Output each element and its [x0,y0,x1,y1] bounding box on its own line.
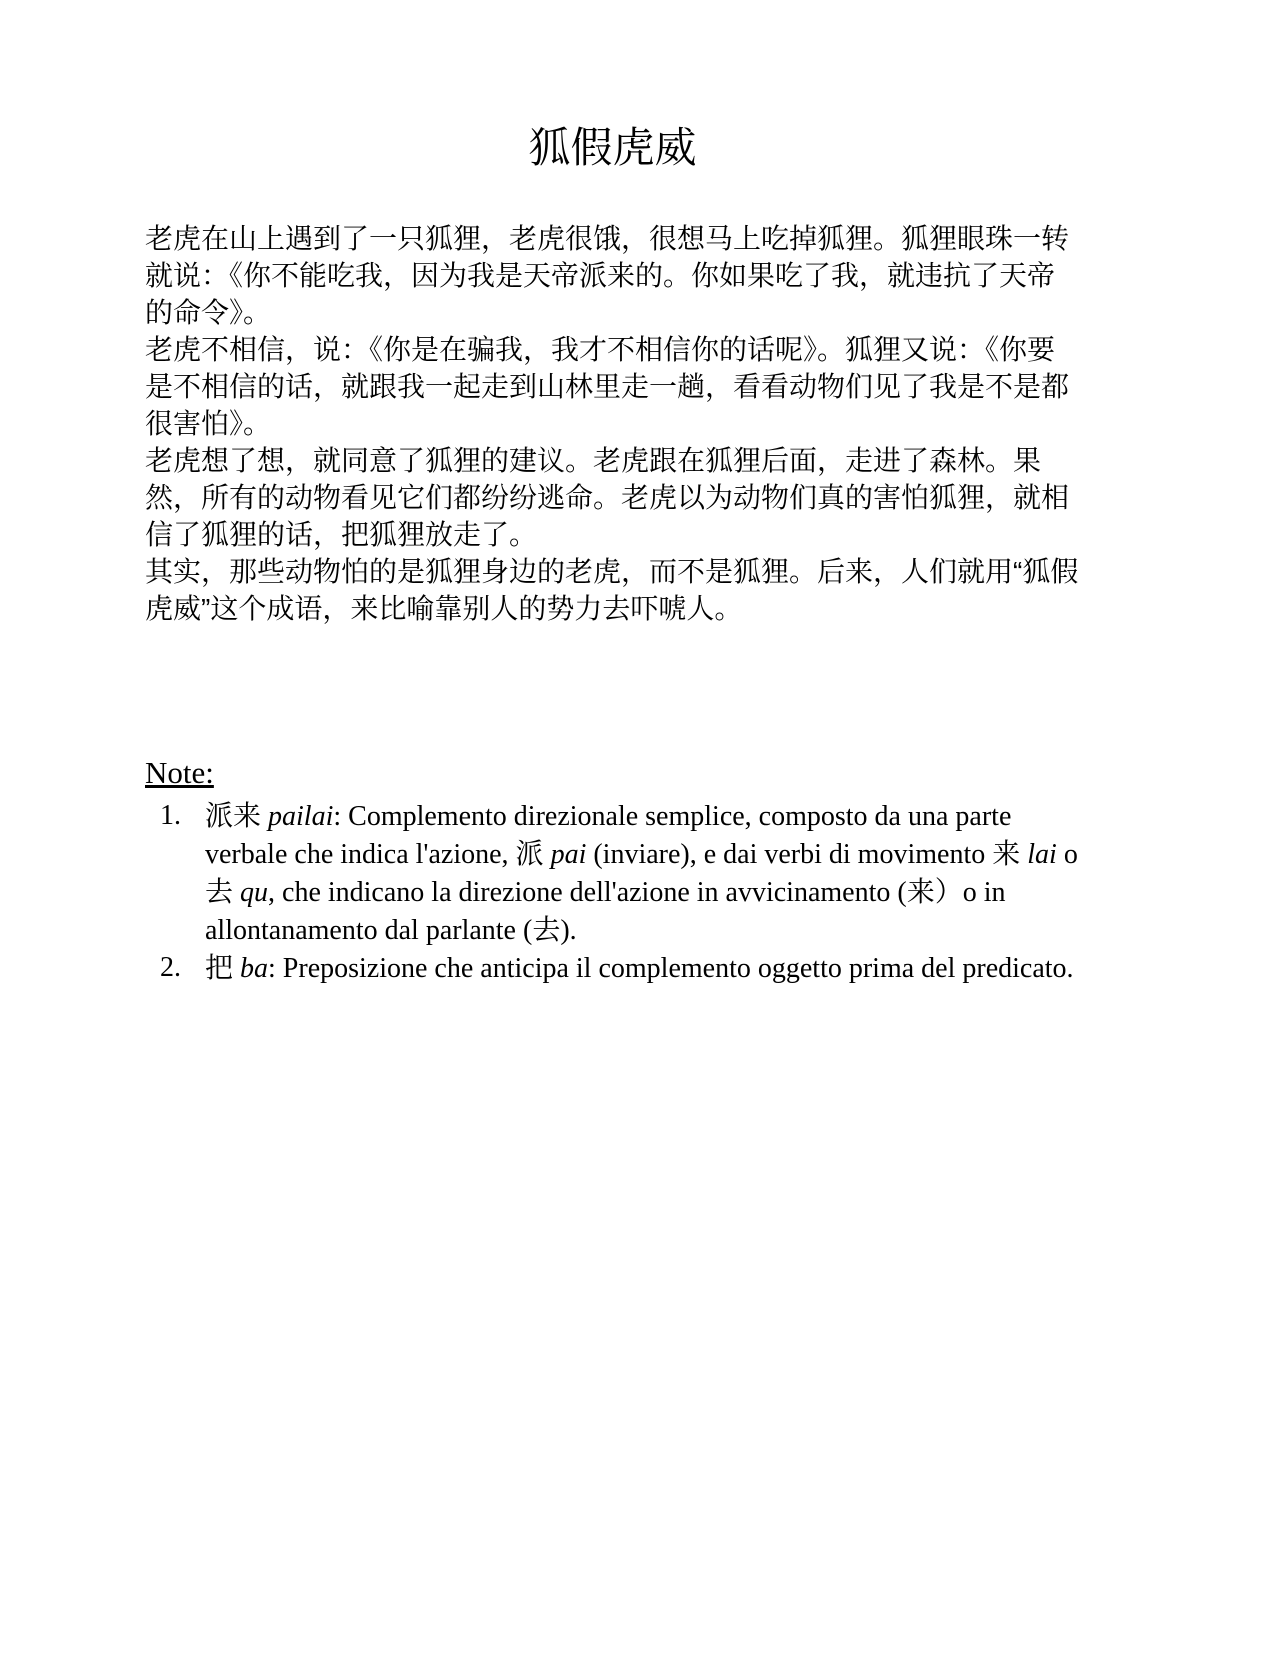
note-item-text: 派来 pailai: Complemento direzionale sempl… [205,797,1090,949]
story-paragraph: 其实，那些动物怕的是狐狸身边的老虎，而不是狐狸。后来，人们就用“狐假虎威”这个成… [145,553,1080,627]
notes-heading: Note: [145,753,214,793]
note-item-number: 2. [160,949,205,986]
document-page: 狐假虎威 老虎在山上遇到了一只狐狸，老虎很饿，很想马上吃掉狐狸。狐狸眼珠一转就说… [0,0,1280,1656]
note-item: 2.把 ba: Preposizione che anticipa il com… [160,949,1090,987]
notes-list: 1.派来 pailai: Complemento direzionale sem… [160,797,1090,987]
note-item: 1.派来 pailai: Complemento direzionale sem… [160,797,1090,949]
note-item-text: 把 ba: Preposizione che anticipa il compl… [205,949,1090,987]
story-paragraph: 老虎在山上遇到了一只狐狸，老虎很饿，很想马上吃掉狐狸。狐狸眼珠一转就说：《你不能… [145,220,1080,331]
story-text: 老虎在山上遇到了一只狐狸，老虎很饿，很想马上吃掉狐狸。狐狸眼珠一转就说：《你不能… [145,220,1080,627]
story-title: 狐假虎威 [145,122,1080,174]
story-paragraph: 老虎想了想，就同意了狐狸的建议。老虎跟在狐狸后面，走进了森林。果然，所有的动物看… [145,442,1080,553]
story-paragraph: 老虎不相信，说：《你是在骗我，我才不相信你的话呢》。狐狸又说：《你要是不相信的话… [145,331,1080,442]
note-item-number: 1. [160,797,205,834]
